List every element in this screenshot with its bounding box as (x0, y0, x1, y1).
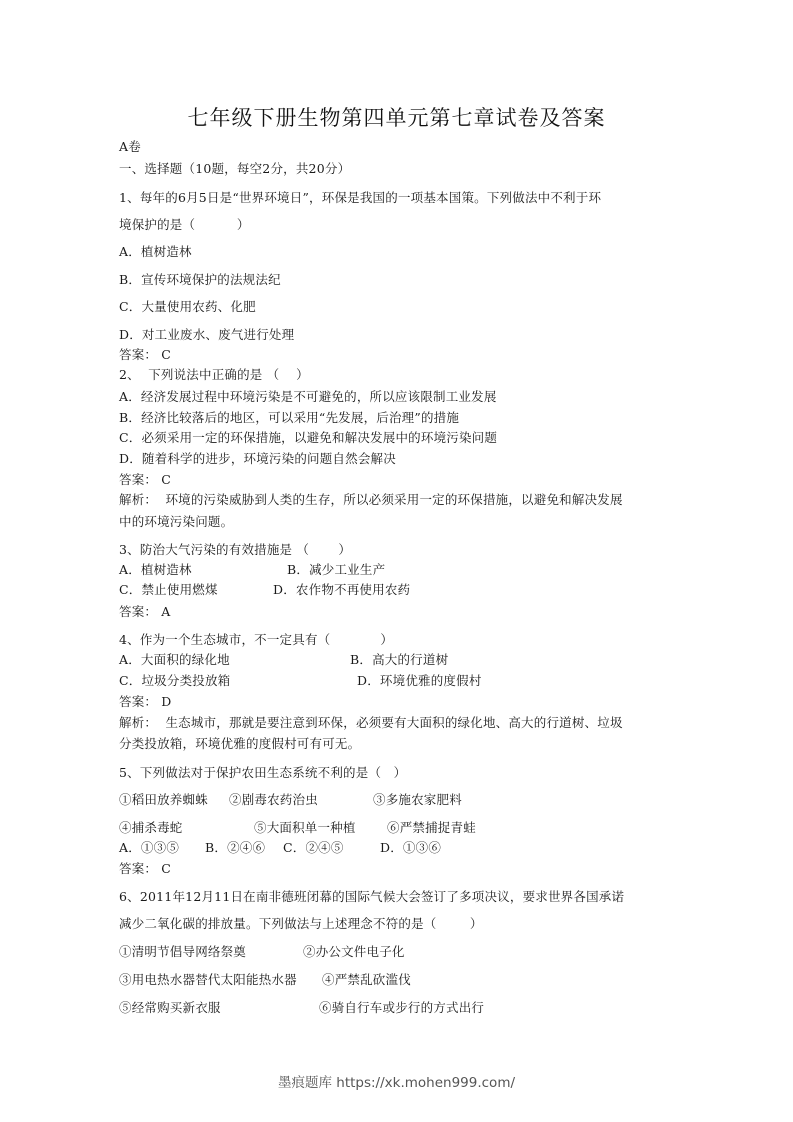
statement-item: ⑥骑自行车或步行的方式出行 (319, 1000, 484, 1016)
option-a: A．经济发展过程中环境污染是不可避免的，所以应该限制工业发展 (119, 389, 497, 405)
answer: 答案： D (119, 694, 172, 710)
option-a: A．①③⑤ (119, 840, 179, 856)
statement-item: ①稻田放养蜘蛛 (119, 792, 208, 808)
question-stem: 6、2011年12月11日在南非德班闭幕的国际气候大会签订了多项决议，要求世界各… (119, 889, 624, 905)
option-c: C．大量使用农药、化肥 (119, 299, 256, 315)
option-d: D．环境优雅的度假村 (357, 673, 482, 689)
answer: 答案： A (119, 604, 171, 620)
option-c: C．②④⑤ (283, 840, 344, 856)
statement-item: ②办公文件电子化 (303, 944, 405, 960)
option-c: C．禁止使用燃煤 (119, 582, 218, 598)
analysis: 解析： 生态城市，那就是要注意到环保，必须要有大面积的绿化地、高大的行道树、垃圾 (119, 715, 623, 731)
statement-item: ④严禁乱砍滥伐 (322, 972, 411, 988)
question-stem: 4、作为一个生态城市，不一定具有（ ） (119, 632, 393, 648)
option-d: D．①③⑥ (380, 840, 441, 856)
statement-item: ⑤经常购买新衣服 (119, 1000, 221, 1016)
statement-item: ⑥严禁捕捉青蛙 (387, 820, 476, 836)
option-d: D．对工业废水、废气进行处理 (119, 327, 294, 343)
option-b: B．宣传环境保护的法规法纪 (119, 272, 281, 288)
question-stem: 减少二氧化碳的排放量。下列做法与上述理念不符的是（ ） (119, 916, 483, 932)
answer: 答案： C (119, 472, 171, 488)
question-stem: 5、下列做法对于保护农田生态系统不利的是（ ） (119, 765, 406, 781)
option-a: A．大面积的绿化地 (119, 652, 230, 668)
option-d: D．农作物不再使用农药 (273, 582, 410, 598)
document-title: 七年级下册生物第四单元第七章试卷及答案 (0, 105, 793, 131)
statement-item: ⑤大面积单一种植 (254, 820, 356, 836)
answer: 答案： C (119, 347, 171, 363)
part-heading: 一、选择题（10题，每空2分，共20分） (119, 161, 350, 177)
question-stem: 1、每年的6月5日是“世界环境日”，环保是我国的一项基本国策。下列做法中不利于环 (119, 190, 601, 206)
option-c: C．垃圾分类投放箱 (119, 673, 230, 689)
question-stem: 3、防治大气污染的有效措施是 （ ） (119, 542, 351, 558)
answer: 答案： C (119, 861, 171, 877)
section-label: A卷 (119, 139, 141, 155)
statement-item: ②剧毒农药治虫 (229, 792, 318, 808)
statement-item: ④捕杀毒蛇 (119, 820, 183, 836)
question-stem: 境保护的是（ ） (119, 217, 250, 233)
option-d: D．随着科学的进步，环境污染的问题自然会解决 (119, 451, 396, 467)
option-b: B．减少工业生产 (287, 562, 385, 578)
option-c: C．必须采用一定的环保措施，以避免和解决发展中的环境污染问题 (119, 430, 497, 446)
analysis: 中的环境污染问题。 (119, 514, 233, 530)
statement-item: ③多施农家肥料 (373, 792, 462, 808)
option-b: B．高大的行道树 (350, 652, 448, 668)
statement-item: ①清明节倡导网络祭奠 (119, 944, 246, 960)
footer-watermark: 墨痕题库 https://xk.mohen999.com/ (0, 1071, 793, 1091)
option-b: B．②④⑥ (205, 840, 265, 856)
option-a: A．植树造林 (119, 562, 192, 578)
analysis: 解析： 环境的污染威胁到人类的生存，所以必须采用一定的环保措施，以避免和解决发展 (119, 492, 623, 508)
option-b: B．经济比较落后的地区，可以采用“先发展，后治理”的措施 (119, 410, 459, 426)
question-stem: 2、 下列说法中正确的是 （ ） (119, 367, 309, 383)
analysis: 分类投放箱，环境优雅的度假村可有可无。 (119, 736, 360, 752)
statement-item: ③用电热水器替代太阳能热水器 (119, 972, 297, 988)
option-a: A．植树造林 (119, 244, 192, 260)
